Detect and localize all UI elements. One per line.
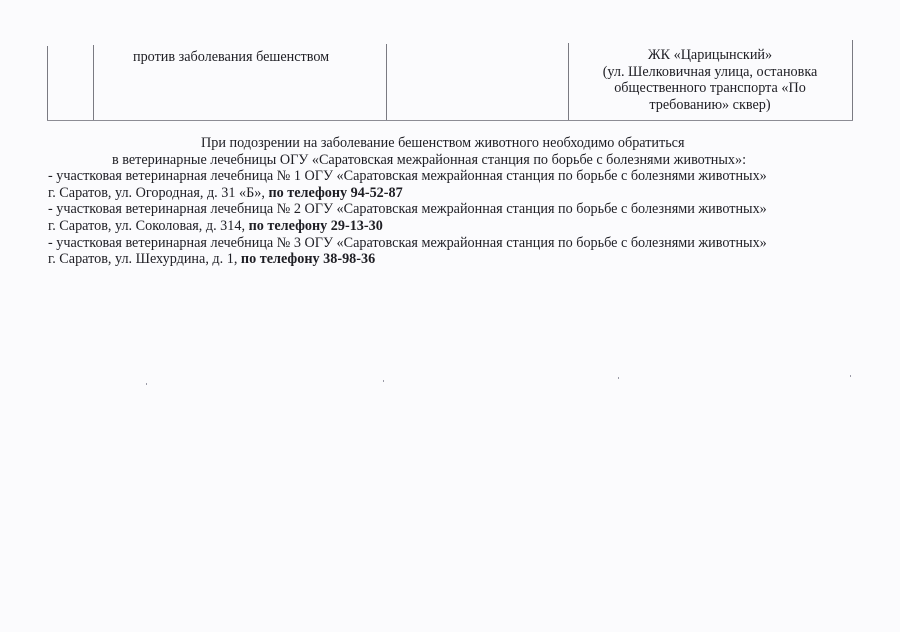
clinic-address: г. Саратов, ул. Шехурдина, д. 1,	[48, 251, 241, 267]
scan-speck	[618, 377, 619, 379]
scan-speck	[383, 380, 384, 382]
clinic-phone: по телефону 38-98-36	[241, 251, 375, 267]
table-border-left	[47, 46, 48, 121]
clinic-address: г. Саратов, ул. Огородная, д. 31 «Б»,	[48, 185, 268, 201]
table-column-divider	[93, 45, 94, 121]
clinic-entry: - участковая ветеринарная лечебница № 1 …	[48, 168, 848, 201]
clinic-entry: - участковая ветеринарная лечебница № 3 …	[48, 235, 848, 268]
table-border-bottom	[47, 120, 853, 121]
procedure-cell: против заболевания бешенством	[133, 49, 329, 66]
clinic-name: - участковая ветеринарная лечебница № 1 …	[48, 168, 848, 185]
scan-speck	[146, 383, 147, 385]
location-line: общественного транспорта «По	[568, 80, 852, 97]
clinic-entry: - участковая ветеринарная лечебница № 2 …	[48, 201, 848, 234]
clinic-contact: г. Саратов, ул. Шехурдина, д. 1, по теле…	[48, 251, 848, 268]
clinic-contact: г. Саратов, ул. Соколовая, д. 314, по те…	[48, 218, 848, 235]
location-line: ЖК «Царицынский»	[568, 47, 852, 64]
clinic-phone: по телефону 94-52-87	[268, 185, 402, 201]
clinic-contact: г. Саратов, ул. Огородная, д. 31 «Б», по…	[48, 185, 848, 202]
notice-intro-line: в ветеринарные лечебницы ОГУ «Саратовска…	[48, 152, 848, 169]
notice-intro-line: При подозрении на заболевание бешенством…	[48, 135, 848, 152]
clinic-address: г. Саратов, ул. Соколовая, д. 314,	[48, 218, 249, 234]
table-border-right	[852, 40, 853, 120]
location-line: (ул. Шелковичная улица, остановка	[568, 64, 852, 81]
clinic-phone: по телефону 29-13-30	[249, 218, 383, 234]
clinic-name: - участковая ветеринарная лечебница № 2 …	[48, 201, 848, 218]
location-line: требованию» сквер)	[568, 97, 852, 114]
table-column-divider	[386, 44, 387, 120]
rabies-notice: При подозрении на заболевание бешенством…	[48, 135, 848, 268]
scanned-page: против заболевания бешенством ЖК «Царицы…	[0, 0, 900, 632]
scan-speck	[850, 375, 851, 377]
location-cell: ЖК «Царицынский» (ул. Шелковичная улица,…	[568, 47, 852, 113]
clinic-name: - участковая ветеринарная лечебница № 3 …	[48, 235, 848, 252]
